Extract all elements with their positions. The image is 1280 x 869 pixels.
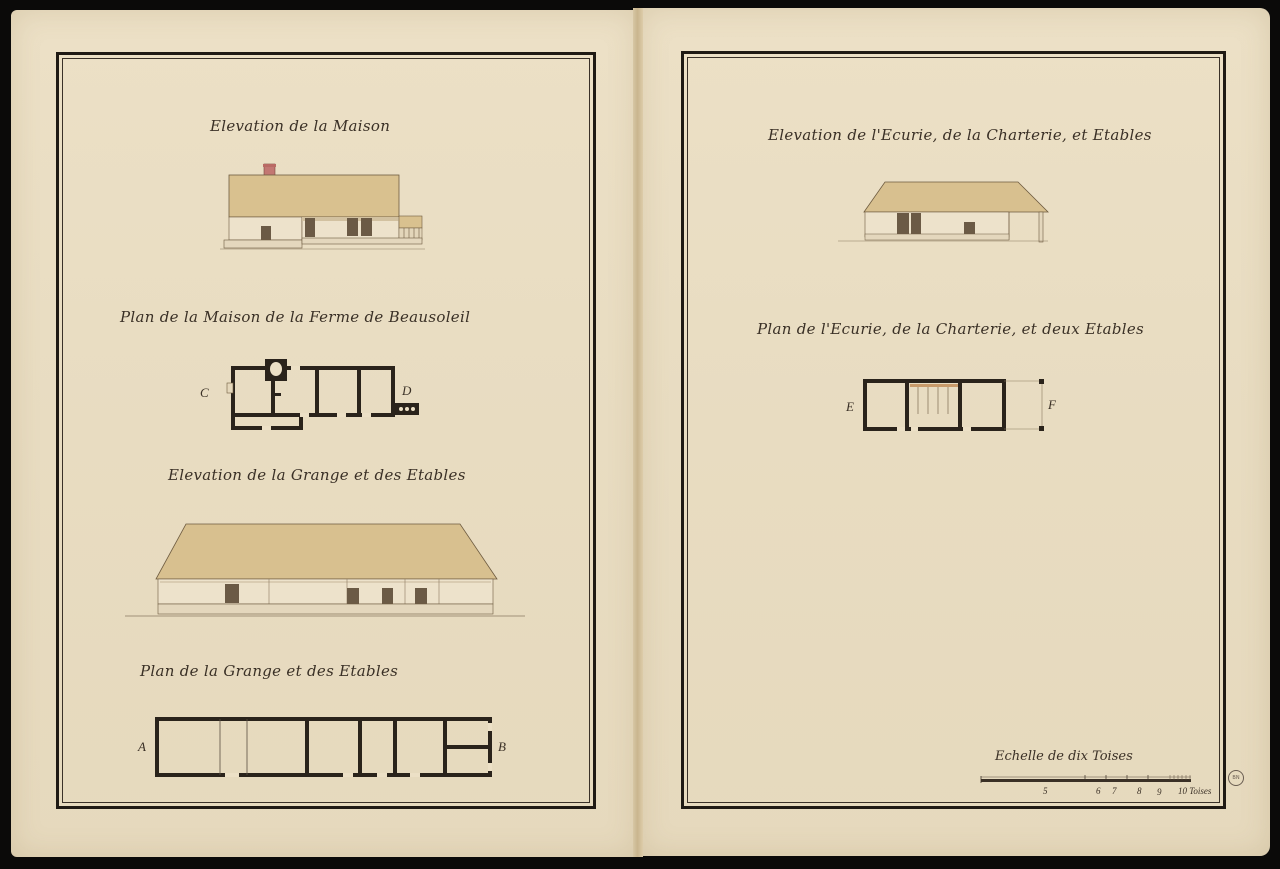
plan-marker-b: B	[498, 739, 506, 755]
scale-tick-10-toises: 10 Toises	[1178, 786, 1211, 796]
plan-marker-e: E	[846, 399, 854, 415]
scale-tick-9: 9	[1157, 787, 1162, 797]
house-plan-caption: Plan de la Maison de la Ferme de Beausol…	[120, 308, 470, 326]
house-plan-drawing	[225, 357, 425, 435]
barn-plan-caption: Plan de la Grange et des Etables	[140, 662, 398, 680]
house-elevation-drawing	[220, 160, 430, 252]
scale-bar-title: Echelle de dix Toises	[995, 749, 1133, 764]
plan-marker-a: A	[138, 739, 146, 755]
plan-marker-f: F	[1048, 397, 1056, 413]
plan-marker-c: C	[200, 385, 209, 401]
book-gutter	[633, 8, 643, 857]
scale-tick-5: 5	[1043, 786, 1048, 796]
barn-plan-drawing	[155, 717, 495, 781]
scale-tick-6: 6	[1096, 786, 1101, 796]
stable-elevation-caption: Elevation de l'Ecurie, de la Charterie, …	[768, 126, 1152, 144]
library-stamp: BN	[1228, 770, 1244, 786]
barn-elevation-drawing	[125, 518, 530, 620]
barn-elevation-caption: Elevation de la Grange et des Etables	[168, 466, 466, 484]
stable-plan-caption: Plan de l'Ecurie, de la Charterie, et de…	[757, 320, 1144, 338]
stable-plan-drawing	[862, 378, 1048, 434]
scale-tick-8: 8	[1137, 786, 1142, 796]
scale-tick-7: 7	[1112, 786, 1117, 796]
stable-elevation-drawing	[838, 178, 1058, 250]
house-elevation-caption: Elevation de la Maison	[210, 117, 390, 135]
scale-bar	[980, 774, 1195, 786]
